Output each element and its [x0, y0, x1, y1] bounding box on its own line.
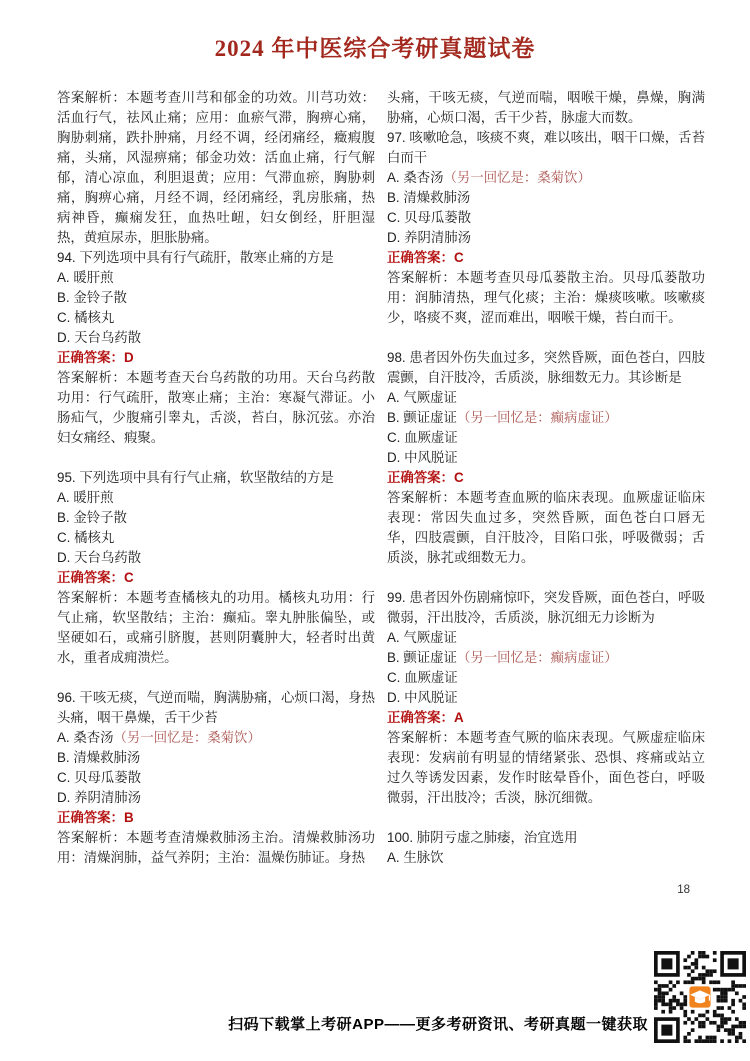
option-b: B. 金铃子散: [57, 288, 375, 308]
answer-explanation: 答案解析：本题考查血厥的临床表现。血厥虚证临床表现：常因失血过多，突然昏厥，面色…: [387, 488, 705, 568]
option-a: A. 生脉饮: [387, 848, 705, 868]
recall-note: （另一回忆是：癫病虚证）: [457, 410, 618, 425]
answer-explanation: 答案解析：本题考查清燥救肺汤主治。清燥救肺汤功用：清燥润肺，益气养阴；主治：温燥…: [57, 828, 375, 868]
question-stem: 94. 下列选项中具有行气疏肝，散寒止痛的方是: [57, 248, 375, 268]
page-number: 18: [677, 884, 690, 896]
recall-note: （另一回忆是：桑菊饮）: [114, 730, 261, 745]
question-stem: 100. 肺阴亏虚之肺痿，治宜选用: [387, 828, 705, 848]
answer-explanation: 答案解析：本题考查贝母瓜蒌散主治。贝母瓜蒌散功用：润肺清热，理气化痰；主治：燥痰…: [387, 268, 705, 328]
graduation-cap-icon: [689, 986, 712, 1009]
option-c: C. 橘核丸: [57, 528, 375, 548]
option-a: A. 暖肝煎: [57, 268, 375, 288]
question-99: 99. 患者因外伤剧痛惊吓，突发昏厥，面色苍白，呼吸微弱，汗出肢冷，舌质淡，脉沉…: [387, 588, 705, 808]
question-stem: 95. 下列选项中具有行气止痛，软坚散结的方是: [57, 468, 375, 488]
option-a: A. 气厥虚证: [387, 388, 705, 408]
carryover-explanation: 答案解析：本题考查川芎和郁金的功效。川芎功效：活血行气，祛风止痛；应用：血瘀气滞…: [57, 88, 375, 248]
option-b: B. 颤证虚证（另一回忆是：癫病虚证）: [387, 648, 705, 668]
option-d: D. 养阴清肺汤: [387, 228, 705, 248]
option-d: D. 中风脱证: [387, 688, 705, 708]
option-c: C. 贝母瓜蒌散: [57, 768, 375, 788]
question-stem: 96. 干咳无痰，气逆而喘，胸满胁痛，心烦口渴，身热头痛，咽干鼻燥，舌干少苔: [57, 688, 375, 728]
recall-note: （另一回忆是：桑菊饮）: [444, 170, 591, 185]
option-c: C. 橘核丸: [57, 308, 375, 328]
question-97: 97. 咳嗽呛急，咳痰不爽，难以咳出，咽干口燥，舌苔白而干 A. 桑杏汤（另一回…: [387, 128, 705, 328]
correct-answer: 正确答案：D: [57, 348, 375, 368]
two-column-text: 答案解析：本题考查川芎和郁金的功效。川芎功效：活血行气，祛风止痛；应用：血瘀气滞…: [57, 88, 705, 888]
question-98: 98. 患者因外伤失血过多，突然昏厥，面色苍白，四肢震颤，自汗肢冷，舌质淡，脉细…: [387, 348, 705, 568]
answer-explanation: 答案解析：本题考查橘核丸的功用。橘核丸功用：行气止痛，软坚散结；主治：癫疝。睾丸…: [57, 588, 375, 668]
option-d: D. 养阴清肺汤: [57, 788, 375, 808]
recall-note: （另一回忆是：癫病虚证）: [457, 650, 618, 665]
correct-answer: 正确答案：C: [57, 568, 375, 588]
question-96: 96. 干咳无痰，气逆而喘，胸满胁痛，心烦口渴，身热头痛，咽干鼻燥，舌干少苔 A…: [57, 688, 375, 868]
correct-answer: 正确答案：A: [387, 708, 705, 728]
correct-answer: 正确答案：C: [387, 248, 705, 268]
option-a: A. 气厥虚证: [387, 628, 705, 648]
correct-answer: 正确答案：B: [57, 808, 375, 828]
option-b: B. 颤证虚证（另一回忆是：癫病虚证）: [387, 408, 705, 428]
question-stem: 99. 患者因外伤剧痛惊吓，突发昏厥，面色苍白，呼吸微弱，汗出肢冷，舌质淡，脉沉…: [387, 588, 705, 628]
question-95: 95. 下列选项中具有行气止痛，软坚散结的方是 A. 暖肝煎 B. 金铃子散 C…: [57, 468, 375, 668]
option-b: B. 清燥救肺汤: [57, 748, 375, 768]
option-b: B. 金铃子散: [57, 508, 375, 528]
option-d: D. 天台乌药散: [57, 328, 375, 348]
carryover-explanation: 头痛，干咳无痰，气逆而喘，咽喉干燥，鼻燥，胸满胁痛，心烦口渴，舌干少苔，脉虚大而…: [387, 88, 705, 128]
left-column: 答案解析：本题考查川芎和郁金的功效。川芎功效：活血行气，祛风止痛；应用：血瘀气滞…: [57, 88, 375, 888]
question-stem: 98. 患者因外伤失血过多，突然昏厥，面色苍白，四肢震颤，自汗肢冷，舌质淡，脉细…: [387, 348, 705, 388]
option-d: D. 中风脱证: [387, 448, 705, 468]
right-column: 头痛，干咳无痰，气逆而喘，咽喉干燥，鼻燥，胸满胁痛，心烦口渴，舌干少苔，脉虚大而…: [387, 88, 705, 888]
option-a: A. 桑杏汤（另一回忆是：桑菊饮）: [387, 168, 705, 188]
answer-explanation: 答案解析：本题考查气厥的临床表现。气厥虚症临床表现：发病前有明显的情绪紧张、恐惧…: [387, 728, 705, 808]
question-94: 94. 下列选项中具有行气疏肝，散寒止痛的方是 A. 暖肝煎 B. 金铃子散 C…: [57, 248, 375, 448]
option-c: C. 血厥虚证: [387, 428, 705, 448]
page-title: 2024 年中医综合考研真题试卷: [0, 30, 750, 63]
correct-answer: 正确答案：C: [387, 468, 705, 488]
qr-code: [654, 948, 746, 1046]
question-stem: 97. 咳嗽呛急，咳痰不爽，难以咳出，咽干口燥，舌苔白而干: [387, 128, 705, 168]
question-100: 100. 肺阴亏虚之肺痿，治宜选用 A. 生脉饮: [387, 828, 705, 868]
option-c: C. 血厥虚证: [387, 668, 705, 688]
answer-explanation: 答案解析：本题考查天台乌药散的功用。天台乌药散功用：行气疏肝，散寒止痛；主治：寒…: [57, 368, 375, 448]
option-a: A. 桑杏汤（另一回忆是：桑菊饮）: [57, 728, 375, 748]
option-c: C. 贝母瓜蒌散: [387, 208, 705, 228]
option-d: D. 天台乌药散: [57, 548, 375, 568]
option-a: A. 暖肝煎: [57, 488, 375, 508]
footer-promo-text: 扫码下载掌上考研APP——更多考研资讯、考研真题一键获取: [228, 1013, 648, 1034]
option-b: B. 清燥救肺汤: [387, 188, 705, 208]
